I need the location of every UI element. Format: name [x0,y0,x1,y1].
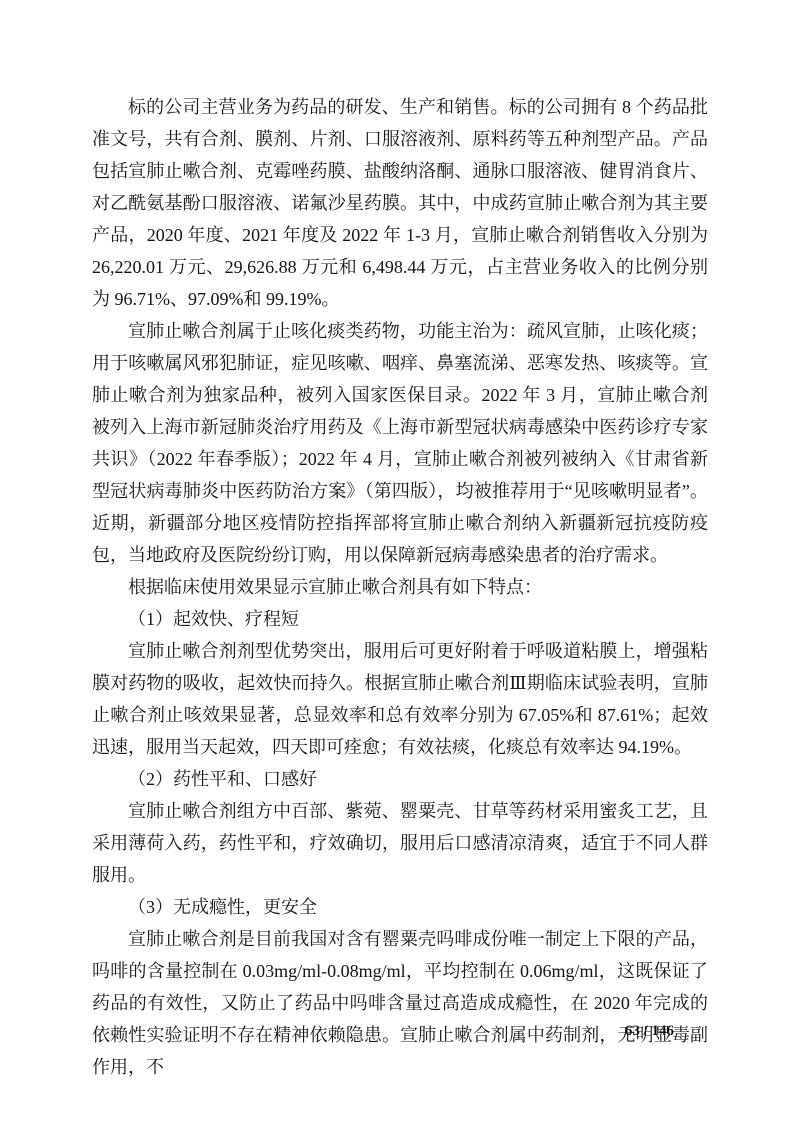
document-body: 标的公司主营业务为药品的研发、生产和销售。标的公司拥有 8 个药品批准文号，共有… [92,91,708,1083]
paragraph-feature-1-detail: 宣肺止嗽合剂剂型优势突出，服用后可更好附着于呼吸道粘膜上，增强粘膜对药物的吸收，… [92,635,708,763]
paragraph-feature-3-detail: 宣肺止嗽合剂是目前我国对含有罂粟壳吗啡成份唯一制定上下限的产品，吗啡的含量控制在… [92,923,708,1083]
paragraph-features-intro: 根据临床使用效果显示宣肺止嗽合剂具有如下特点： [92,571,708,603]
heading-feature-2: （2）药性平和、口感好 [92,763,708,795]
heading-feature-3: （3）无成瘾性，更安全 [92,891,708,923]
page-number: 63 / 146 [625,1022,674,1040]
paragraph-feature-2-detail: 宣肺止嗽合剂组方中百部、紫菀、罂粟壳、甘草等药材采用蜜炙工艺，且采用薄荷入药，药… [92,795,708,891]
heading-feature-1: （1）起效快、疗程短 [92,603,708,635]
paragraph-product-description: 宣肺止嗽合剂属于止咳化痰类药物，功能主治为：疏风宣肺，止咳化痰；用于咳嗽属风邪犯… [92,315,708,571]
document-page: 标的公司主营业务为药品的研发、生产和销售。标的公司拥有 8 个药品批准文号，共有… [0,0,793,1122]
paragraph-business-overview: 标的公司主营业务为药品的研发、生产和销售。标的公司拥有 8 个药品批准文号，共有… [92,91,708,315]
